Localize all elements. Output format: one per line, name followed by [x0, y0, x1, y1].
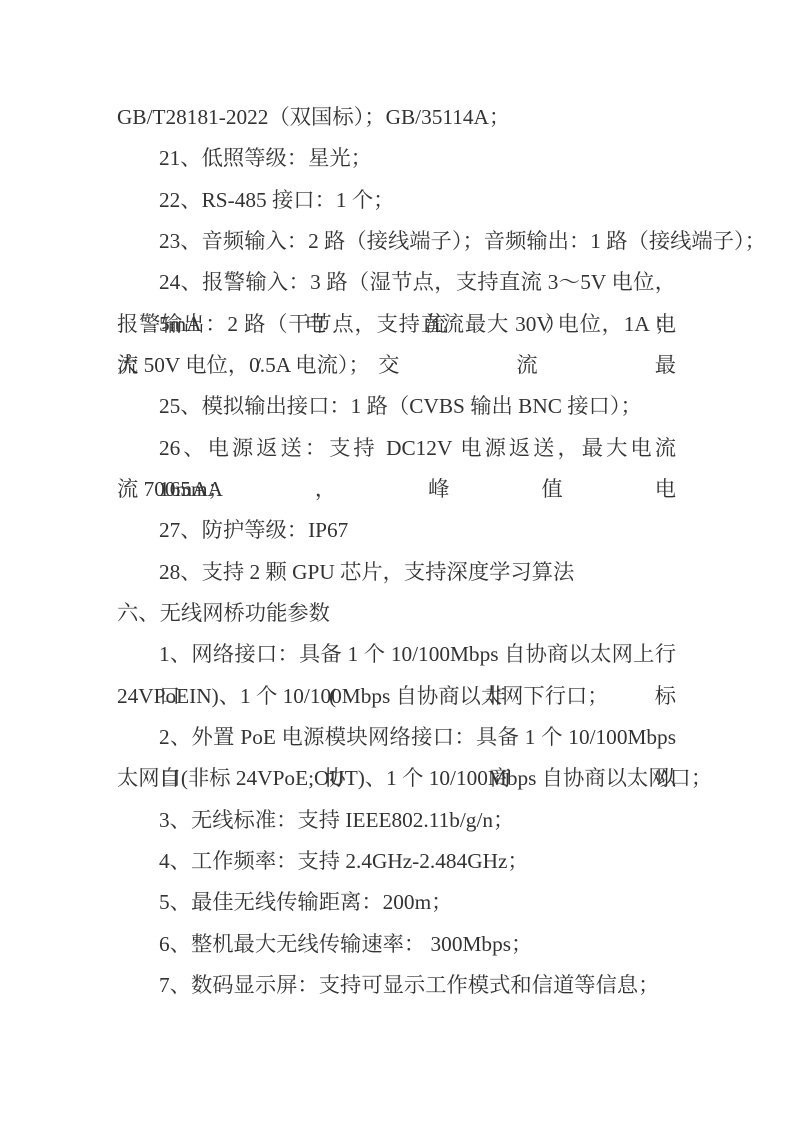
doc-line-item-7: 7、数码显示屏：支持可显示工作模式和信道等信息；: [117, 965, 676, 1006]
doc-line-wrap: 太网口(非标 24VPoE;OUT)、1 个 10/100Mbps 自协商以太网…: [117, 758, 676, 799]
doc-line-item-6: 6、整机最大无线传输速率： 300Mbps；: [117, 924, 676, 965]
doc-line-item-23: 23、音频输入：2 路（接线端子）；音频输出：1 路（接线端子）；: [117, 221, 676, 262]
document-body: GB/T28181-2022（双国标）；GB/35114A； 21、低照等级：星…: [117, 97, 676, 1006]
doc-line-wrap: GB/T28181-2022（双国标）；GB/35114A；: [117, 97, 676, 138]
doc-line-item-28: 28、支持 2 颗 GPU 芯片，支持深度学习算法: [117, 552, 676, 593]
doc-line-item-22: 22、RS-485 接口：1 个；: [117, 180, 676, 221]
doc-line-item-25: 25、模拟输出接口：1 路（CVBS 输出 BNC 接口）；: [117, 386, 676, 427]
doc-line-item-21: 21、低照等级：星光；: [117, 138, 676, 179]
doc-line-item-27: 27、防护等级：IP67: [117, 510, 676, 551]
doc-line-item-2: 2、外置 PoE 电源模块网络接口：具备 1 个 10/100Mbps 自协商以: [117, 717, 676, 758]
doc-line-item-26: 26、电源返送：支持 DC12V 电源返送，最大电流 165mA，峰值电: [117, 428, 676, 469]
doc-line-wrap: 24VPoEIN)、1 个 10/100Mbps 自协商以太网下行口；: [117, 676, 676, 717]
document-page: GB/T28181-2022（双国标）；GB/35114A； 21、低照等级：星…: [0, 0, 793, 1122]
doc-line-item-4: 4、工作频率：支持 2.4GHz-2.484GHz；: [117, 841, 676, 882]
doc-line-item-24: 24、报警输入：3 路（湿节点，支持直流 3～5V 电位，5mA 电流）；: [117, 262, 676, 303]
doc-line-item-1: 1、网络接口：具备 1 个 10/100Mbps 自协商以太网上行口(非标: [117, 634, 676, 675]
doc-line-item-5: 5、最佳无线传输距离：200m；: [117, 882, 676, 923]
doc-line-item-3: 3、无线标准：支持 IEEE802.11b/g/n；: [117, 800, 676, 841]
doc-line-wrap: 报警输出：2 路（干节点，支持直流最大 30V 电位，1A 电流/交流最: [117, 304, 676, 345]
section-heading: 六、无线网桥功能参数: [117, 593, 676, 634]
